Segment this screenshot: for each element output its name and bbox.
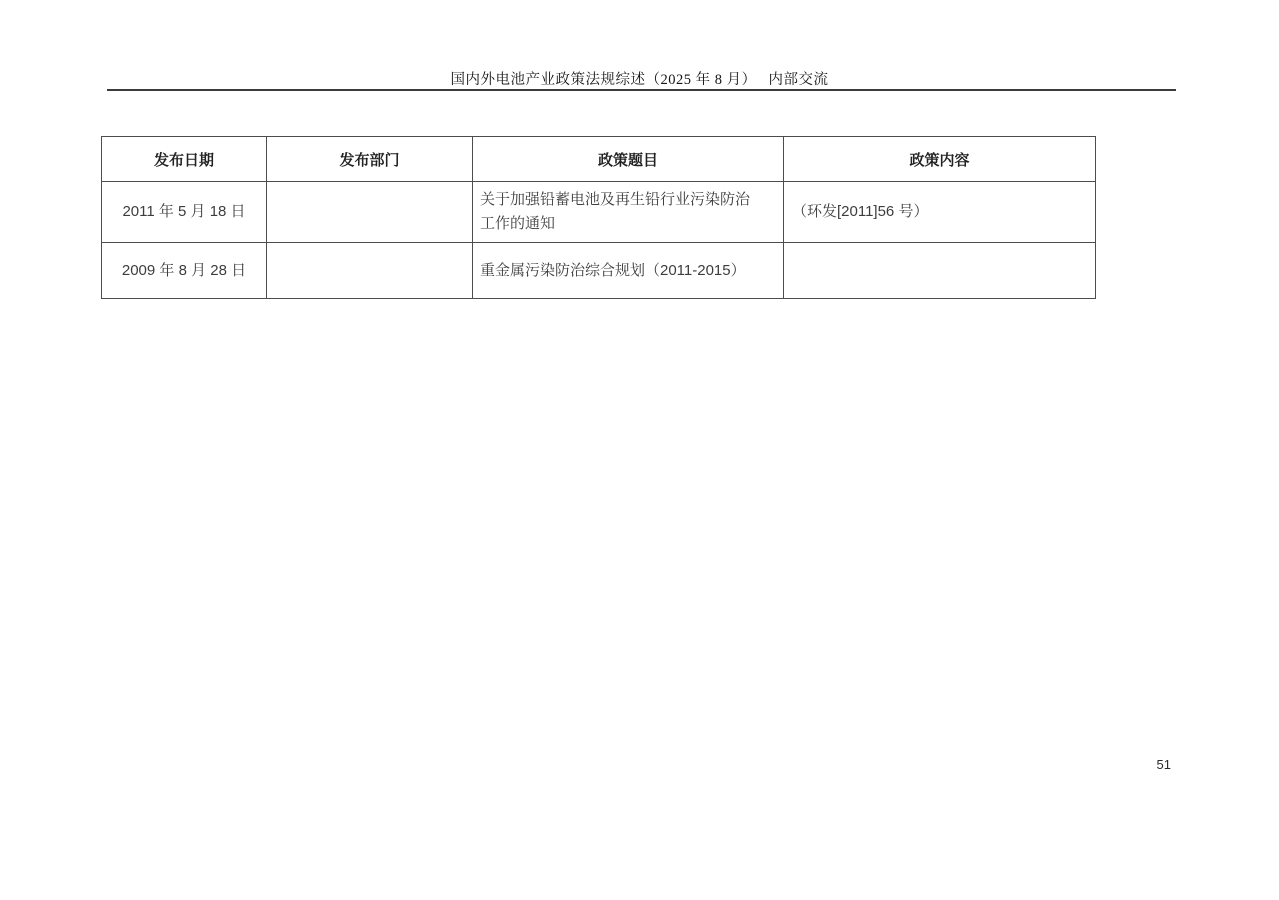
column-header-policy-title: 政策题目 xyxy=(473,137,784,182)
cell-policy-title: 关于加强铅蓄电池及再生铅行业污染防治工作的通知 xyxy=(473,182,784,243)
cell-policy-content: （环发[2011]56 号） xyxy=(784,182,1096,243)
table-row: 2011 年 5 月 18 日 关于加强铅蓄电池及再生铅行业污染防治工作的通知 … xyxy=(102,182,1096,243)
cell-department xyxy=(267,243,473,299)
column-header-policy-content: 政策内容 xyxy=(784,137,1096,182)
header-divider-rule xyxy=(107,89,1176,91)
table-row: 2009 年 8 月 28 日 重金属污染防治综合规划（2011-2015） xyxy=(102,243,1096,299)
cell-release-date: 2009 年 8 月 28 日 xyxy=(102,243,267,299)
cell-policy-content xyxy=(784,243,1096,299)
cell-department xyxy=(267,182,473,243)
policy-table: 发布日期 发布部门 政策题目 政策内容 2011 年 5 月 18 日 关于加强… xyxy=(101,136,1096,299)
document-header-title: 国内外电池产业政策法规综述（2025 年 8 月） 内部交流 xyxy=(0,68,1279,89)
column-header-release-date: 发布日期 xyxy=(102,137,267,182)
page-number: 51 xyxy=(1157,757,1171,772)
table-header-row: 发布日期 发布部门 政策题目 政策内容 xyxy=(102,137,1096,182)
cell-policy-title: 重金属污染防治综合规划（2011-2015） xyxy=(473,243,784,299)
column-header-department: 发布部门 xyxy=(267,137,473,182)
cell-release-date: 2011 年 5 月 18 日 xyxy=(102,182,267,243)
